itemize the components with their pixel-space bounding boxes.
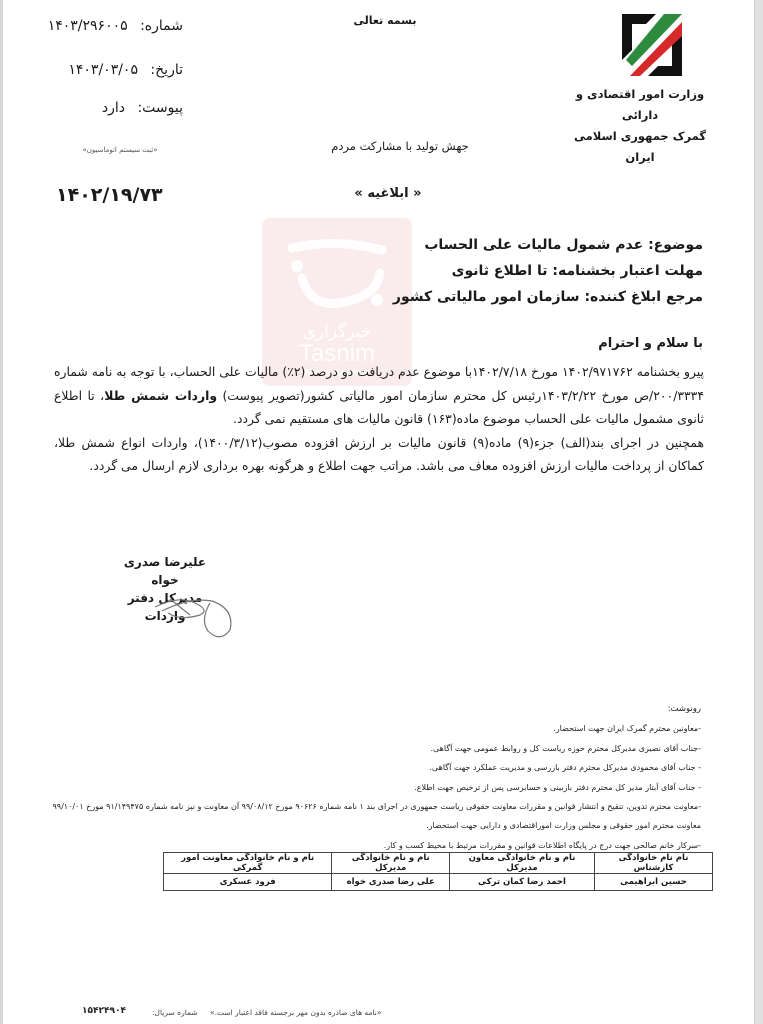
cc-list: رونوشت: -معاونین محترم گمرک ایران جهت اس… [52, 700, 701, 855]
body-p1-bold: واردات شمش طلا [104, 388, 217, 403]
letter-date-value: ۱۴۰۳/۰۳/۰۵ [68, 62, 138, 78]
automation-note: «ثبت سیستم اتوماسیون» [60, 146, 180, 154]
bismillah: بسمه تعالی [330, 14, 440, 27]
validity-line: مهلت اعتبار بخشنامه: تا اطلاع ثانوی [393, 258, 703, 284]
table-row: حسین ابراهیمی احمد رضا کمان ترکی علی رضا… [164, 874, 713, 891]
page-right-edge [754, 0, 763, 1024]
table-header-cell: نام و نام خانوادگی مدیرکل [332, 853, 450, 874]
table-header-row: نام نام خانوادگی کارشناس نام و نام خانوا… [164, 853, 713, 874]
table-cell: حسین ابراهیمی [594, 874, 712, 891]
serial-label: شماره سریال: [152, 1008, 198, 1017]
cc-item: -جناب آقای نصیری مدیرکل محترم حوزه ریاست… [52, 739, 701, 758]
table-header-cell: نام نام خانوادگی کارشناس [594, 853, 712, 874]
watermark-brand-fa: خبرگزاری [262, 322, 412, 342]
table-header-cell: نام و نام خانوادگی معاون مدیرکل [450, 853, 595, 874]
serial-number: ۱۵۴۲۴۹۰۴ [82, 1006, 126, 1016]
table-cell: احمد رضا کمان ترکی [450, 874, 595, 891]
cc-item: - جناب آقای محمودی مدیرکل محترم دفتر باز… [52, 758, 701, 777]
cc-item: - جناب آقای آبتار مدیر کل محترم دفتر باز… [52, 778, 701, 797]
customs-name: گمرک جمهوری اسلامی ایران [560, 126, 720, 168]
announcement-title: « ابلاغیه » [338, 186, 438, 201]
stamp-note: «نامه های صادره بدون مهر برجسته فاقد اعت… [210, 1008, 381, 1017]
body-paragraph-2: همچنین در اجرای بند(الف) جزء(۹) ماده(۹) … [54, 431, 704, 478]
page-left-edge [0, 0, 3, 1024]
customs-logo-icon [616, 10, 688, 80]
tasnim-logo-icon [282, 238, 392, 318]
reference-line: مرجع ابلاغ کننده: سازمان امور مالیاتی کش… [393, 284, 703, 310]
attachment-label: پیوست: [137, 100, 183, 116]
signature-scribble-icon [150, 585, 240, 640]
cc-title: رونوشت: [52, 700, 701, 719]
body-paragraph-1: پیرو بخشنامه ۱۴۰۲/۹۷۱۷۶۲ مورخ ۱۴۰۲/۷/۱۸ب… [54, 360, 704, 431]
slogan: جهش تولید با مشارکت مردم [320, 139, 480, 153]
subject-block: موضوع: عدم شمول مالیات علی الحساب مهلت ا… [393, 232, 703, 310]
attachment-row: پیوست: دارد [102, 100, 183, 116]
greeting: با سلام و احترام [598, 336, 703, 351]
table-cell: فرود عسکری [164, 874, 332, 891]
cc-item: معاونت محترم امور حقوقی و مجلس وزارت امو… [52, 816, 701, 835]
attachment-value: دارد [102, 100, 125, 116]
announcement-number: ۱۴۰۲/۱۹/۷۳ [56, 184, 163, 206]
letter-date-label: تاریخ: [150, 62, 183, 78]
cc-item: -معاونت محترم تدوین، تنقیح و انتشار قوان… [52, 797, 701, 816]
signatory-name: علیرضا صدری خواه [110, 553, 220, 589]
letter-date-row: تاریخ: ۱۴۰۳/۰۳/۰۵ [68, 62, 183, 78]
cc-item: -معاونین محترم گمرک ایران جهت استحضار. [52, 719, 701, 738]
approvals-table: نام نام خانوادگی کارشناس نام و نام خانوا… [163, 852, 713, 891]
ministry-name: وزارت امور اقتصادی و دارائی [560, 84, 720, 126]
table-header-cell: نام و نام خانوادگی معاونت امور گمرکی [164, 853, 332, 874]
table-cell: علی رضا صدری خواه [332, 874, 450, 891]
letter-body: پیرو بخشنامه ۱۴۰۲/۹۷۱۷۶۲ مورخ ۱۴۰۲/۷/۱۸ب… [54, 360, 704, 478]
organization-name: وزارت امور اقتصادی و دارائی گمرک جمهوری … [560, 84, 720, 168]
letter-number-label: شماره: [140, 18, 183, 34]
subject-line: موضوع: عدم شمول مالیات علی الحساب [393, 232, 703, 258]
letter-number-value: ۱۴۰۳/۲۹۶۰۰۵ [48, 18, 128, 34]
letter-number-row: شماره: ۱۴۰۳/۲۹۶۰۰۵ [48, 18, 183, 34]
